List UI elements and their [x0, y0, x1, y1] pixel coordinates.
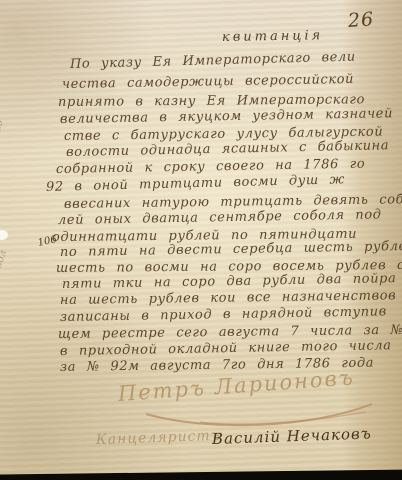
margin-note-bottom: года Тобол	[0, 249, 9, 307]
folio-number: 26	[347, 8, 375, 32]
margin-note-mid: к сообщенiю	[0, 119, 6, 187]
body-line: чества самодержицы всероссийской	[62, 72, 354, 92]
body-line: По указу Ея Императорскаго вели	[70, 50, 356, 72]
paper-edge-notch	[0, 230, 8, 240]
body-line: записаны в приход в нарядной вступив	[60, 304, 387, 325]
document-title: квитанцiя	[222, 28, 323, 45]
signature-secondary-label: Канцеляристъ	[96, 428, 222, 448]
photo-bottom-border	[0, 469, 402, 480]
document-photo: 26 квитанцiя По указу Ея Императорскаго …	[0, 0, 402, 480]
margin-note-small-number: 106	[37, 234, 58, 249]
